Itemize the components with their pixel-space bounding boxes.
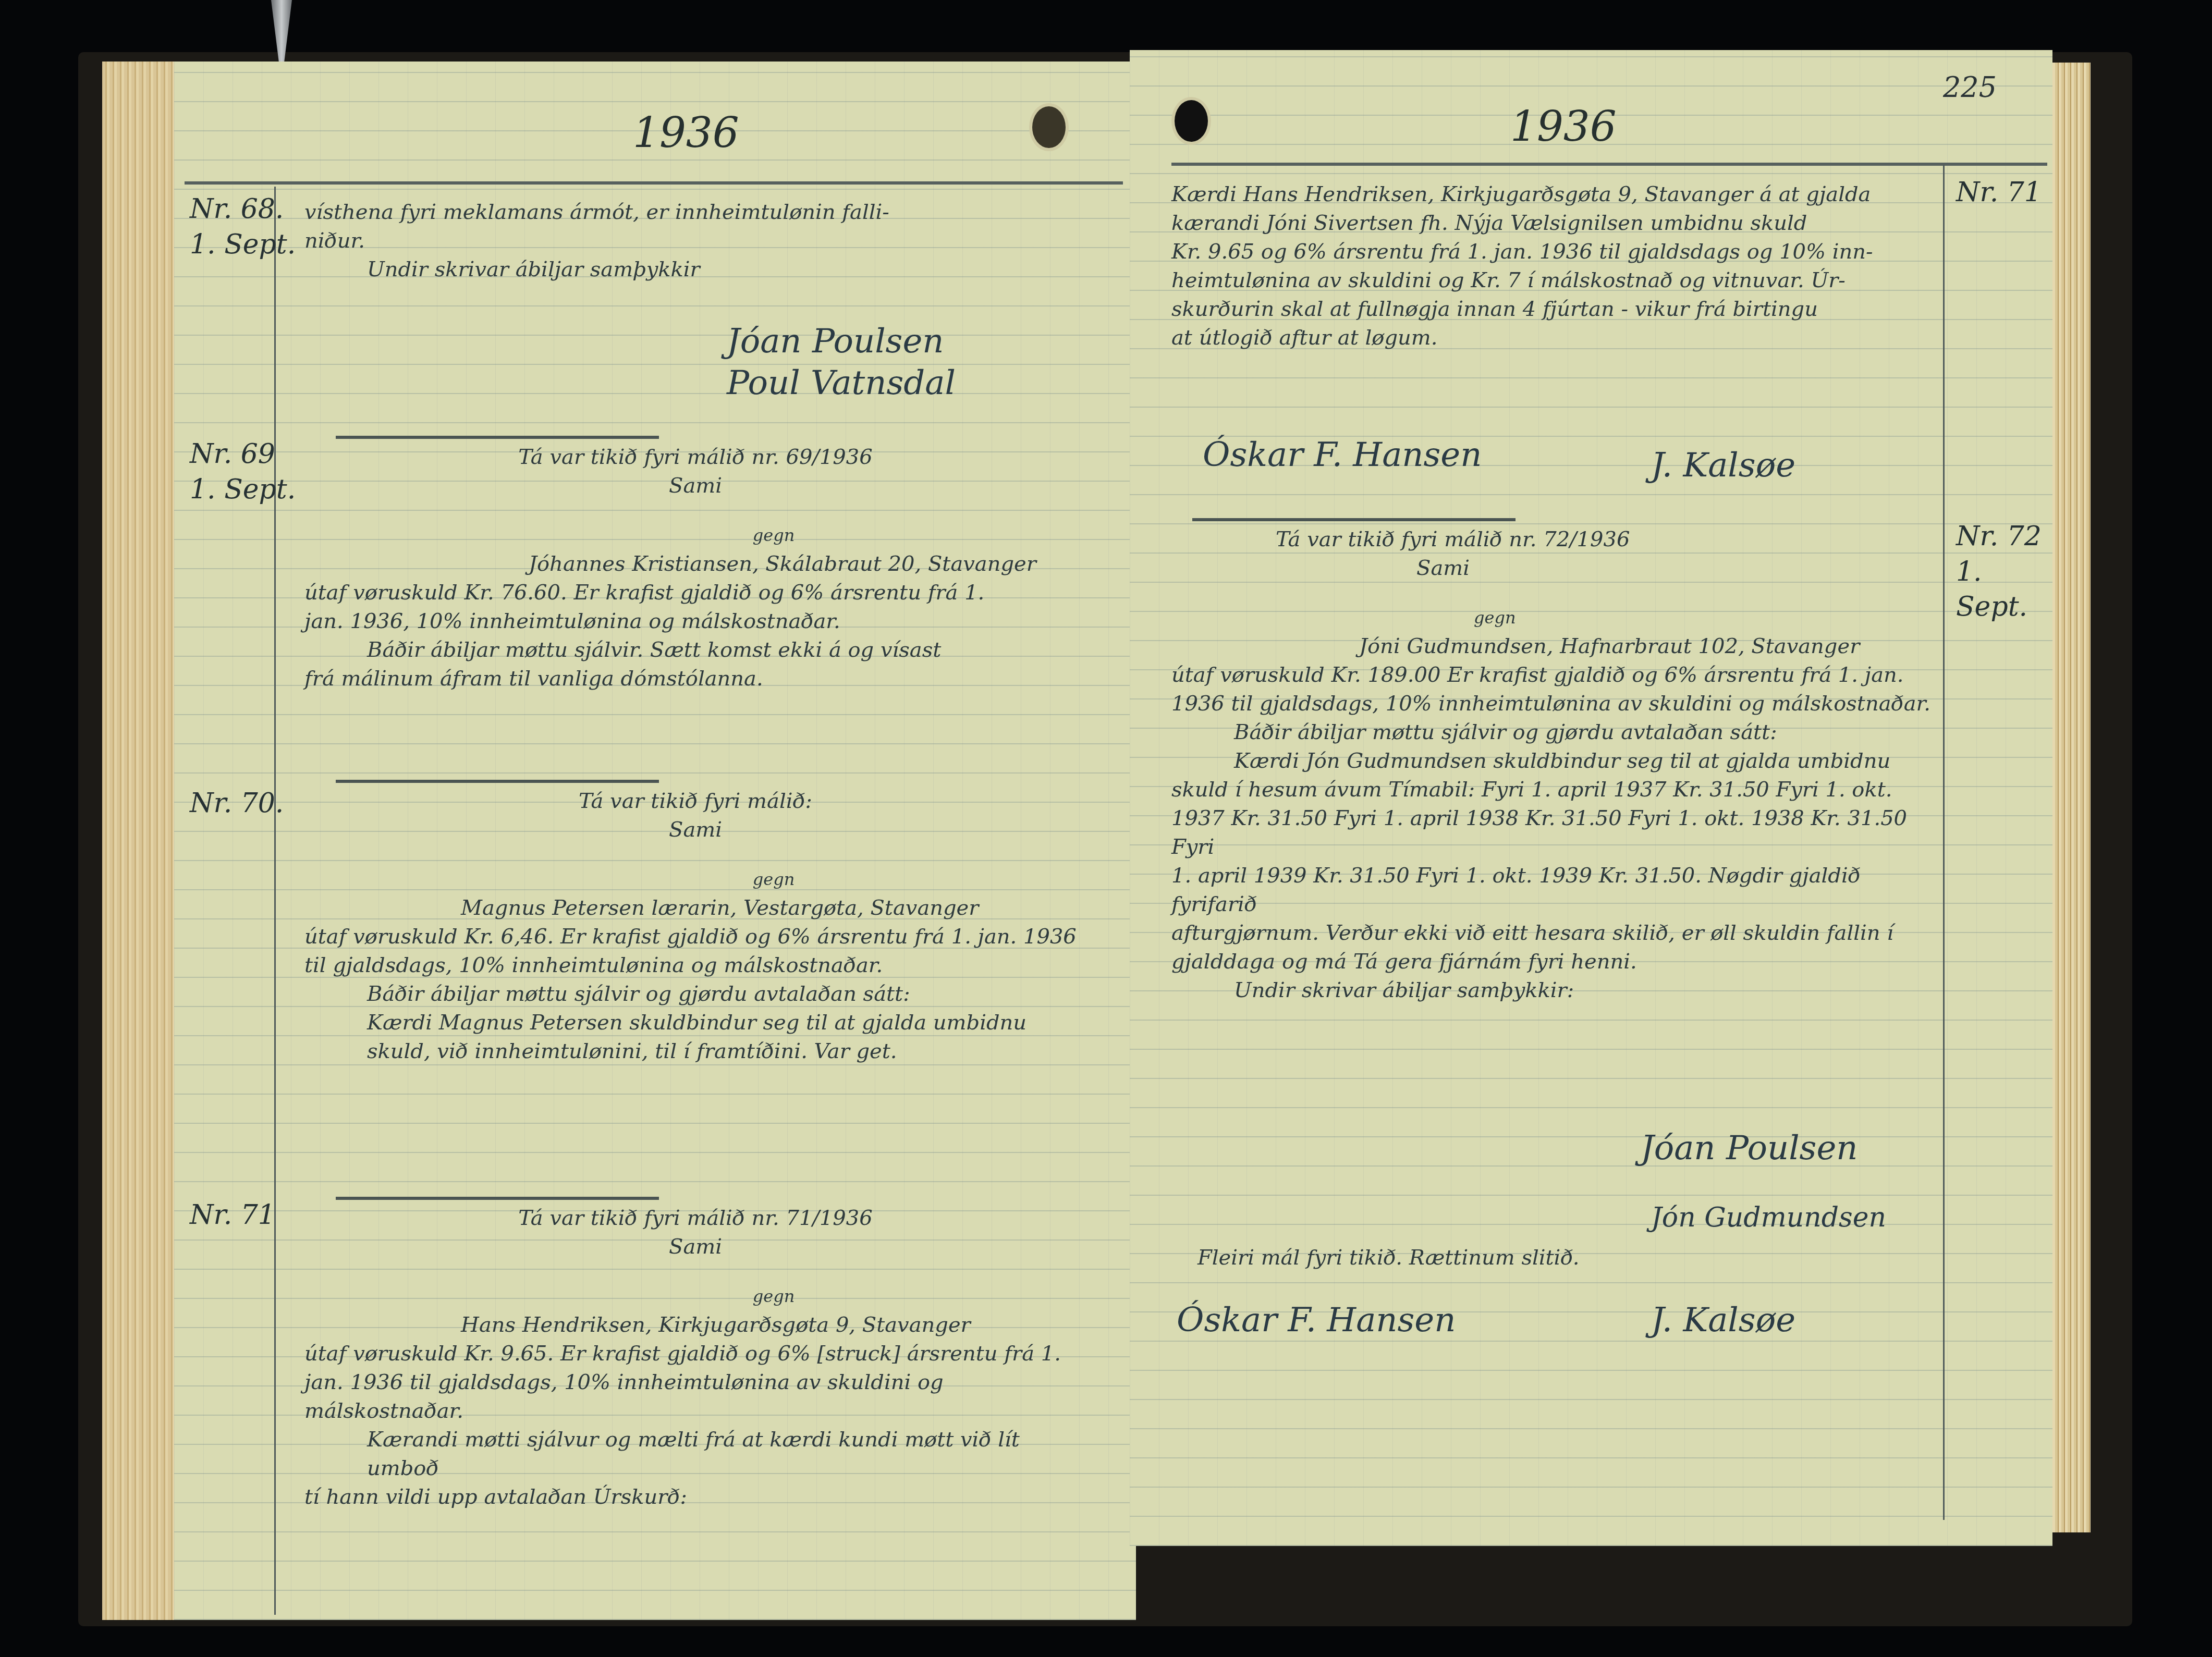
entry-71-margin: Nr. 71 xyxy=(1956,175,2042,211)
text-line: Báðir ábiljar møttu sjálvir og gjørdu av… xyxy=(304,980,1086,1009)
versus: gegn xyxy=(304,865,1086,894)
entry-number: Nr. 71 xyxy=(1956,175,2042,211)
header-rule xyxy=(185,181,1123,185)
defendant: Jóni Gudmundsen, Hafnarbraut 102, Stavan… xyxy=(1171,632,1933,661)
plaintiff: Sami xyxy=(304,816,1086,844)
signature: Óskar F. Hansen xyxy=(1177,1301,1456,1340)
page-stack-right xyxy=(2049,63,2091,1532)
left-page: 1936 Nr. 68. 1. Sept. vísthena fyri mekl… xyxy=(174,62,1136,1620)
entry-68-body: vísthena fyri meklamans ármót, er innhei… xyxy=(304,198,1086,284)
text-line: niður. xyxy=(304,227,1086,255)
entry-number: Nr. 69 xyxy=(190,437,296,472)
signature: Jóan Poulsen xyxy=(727,322,944,361)
defendant: Hans Hendriksen, Kirkjugarðsgøta 9, Stav… xyxy=(304,1311,1086,1340)
plaintiff: Sami xyxy=(304,472,1086,500)
text-line: útaf vøruskuld Kr. 76.60. Er krafist gja… xyxy=(304,579,1086,607)
entry-number: Nr. 70. xyxy=(190,786,284,821)
entry-date: 1. Sept. xyxy=(1956,555,2052,625)
text-line: at útlogið aftur at løgum. xyxy=(1171,324,1933,352)
signature: Óskar F. Hansen xyxy=(1203,436,1482,474)
text-line: útaf vøruskuld Kr. 6,46. Er krafist gjal… xyxy=(304,923,1086,951)
case-heading: Tá var tikið fyri málið nr. 69/1936 xyxy=(304,443,1086,472)
entry-71-body: Tá var tikið fyri málið nr. 71/1936 Sami… xyxy=(304,1187,1086,1512)
text-line: gjalddaga og má Tá gera fjárnám fyri hen… xyxy=(1171,948,1933,976)
separator-rule xyxy=(1192,518,1516,521)
text-line: jan. 1936, 10% innheimtulønina og málsko… xyxy=(304,607,1086,636)
entry-date: 1. Sept. xyxy=(190,472,296,508)
separator-rule xyxy=(336,1197,659,1200)
binding-hole xyxy=(1029,103,1069,151)
entry-number: Nr. 71 xyxy=(190,1198,275,1233)
text-line: Undir skrivar ábiljar samþykkir: xyxy=(1171,976,1933,1005)
text-line: 1937 Kr. 31.50 Fyri 1. april 1938 Kr. 31… xyxy=(1171,804,1933,862)
entry-number: Nr. 72 xyxy=(1956,519,2052,555)
text-line: Báðir ábiljar møttu sjálvir. Sætt komst … xyxy=(304,636,1086,665)
entry-70-margin: Nr. 70. xyxy=(190,786,284,821)
text-line: Undir skrivar ábiljar samþykkir xyxy=(304,255,1086,284)
entry-71-continued-body: Kærdi Hans Hendriksen, Kirkjugarðsgøta 9… xyxy=(1171,180,1933,352)
signature: Jón Gudmundsen xyxy=(1651,1202,1886,1233)
margin-column-rule xyxy=(1943,165,1945,1520)
closing-line: Fleiri mál fyri tikið. Rættinum slitið. xyxy=(1197,1244,1579,1272)
page-stack-left xyxy=(102,62,175,1620)
entry-70-body: Tá var tikið fyri málið: Sami gegn Magnu… xyxy=(304,770,1086,1066)
text-line: frá málinum áfram til vanliga dómstólann… xyxy=(304,665,1086,693)
entry-date: 1. Sept. xyxy=(190,227,296,263)
text-line: 1936 til gjaldsdags, 10% innheimtulønina… xyxy=(1171,690,1933,718)
signature: J. Kalsøe xyxy=(1651,446,1795,485)
text-line: skuld í hesum ávum Tímabil: Fyri 1. apri… xyxy=(1171,776,1933,804)
text-line: Kærdi Jón Gudmundsen skuldbindur seg til… xyxy=(1171,747,1933,776)
year-header: 1936 xyxy=(633,108,739,157)
text-line: til gjaldsdags, 10% innheimtulønina og m… xyxy=(304,951,1086,980)
entry-number: Nr. 68. xyxy=(190,192,296,227)
text-line: Kærdi Magnus Petersen skuldbindur seg ti… xyxy=(304,1009,1086,1037)
entry-68-margin: Nr. 68. 1. Sept. xyxy=(190,192,296,262)
text-line: Báðir ábiljar møttu sjálvir og gjørdu av… xyxy=(1171,718,1933,747)
text-line: tí hann vildi upp avtalaðan Úrskurð: xyxy=(304,1483,1086,1512)
text-line: vísthena fyri meklamans ármót, er innhei… xyxy=(304,198,1086,227)
text-line: kærandi Jóni Sivertsen fh. Nýja Vælsigni… xyxy=(1171,209,1933,238)
versus: gegn xyxy=(304,1282,1086,1311)
signature: J. Kalsøe xyxy=(1651,1301,1795,1340)
defendant: Magnus Petersen lærarin, Vestargøta, Sta… xyxy=(304,894,1086,923)
year-header: 1936 xyxy=(1510,102,1617,151)
plaintiff: Sami xyxy=(1171,554,1933,583)
entry-71-margin: Nr. 71 xyxy=(190,1198,275,1233)
text-line: skuld, við innheimtulønini, til í framtí… xyxy=(304,1037,1086,1066)
text-line: heimtulønina av skuldini og Kr. 7 í máls… xyxy=(1171,266,1933,295)
separator-rule xyxy=(336,780,659,783)
signature: Poul Vatnsdal xyxy=(727,364,956,402)
case-heading: Tá var tikið fyri málið nr. 71/1936 xyxy=(304,1204,1086,1233)
text-line: afturgjørnum. Verður ekki við eitt hesar… xyxy=(1171,919,1933,948)
signature: Jóan Poulsen xyxy=(1641,1129,1858,1168)
header-rule xyxy=(1171,163,2047,166)
versus: gegn xyxy=(304,521,1086,550)
text-line: 1. april 1939 Kr. 31.50 Fyri 1. okt. 193… xyxy=(1171,862,1933,919)
case-heading: Tá var tikið fyri málið nr. 72/1936 xyxy=(1171,525,1933,554)
text-line: útaf vøruskuld Kr. 9.65. Er krafist gjal… xyxy=(304,1340,1086,1368)
text-line: Kærdi Hans Hendriksen, Kirkjugarðsgøta 9… xyxy=(1171,180,1933,209)
right-page: 1936 225 Nr. 71 Kærdi Hans Hendriksen, K… xyxy=(1130,50,2052,1546)
entry-72-margin: Nr. 72 1. Sept. xyxy=(1956,519,2052,625)
page-number: 225 xyxy=(1943,71,1997,104)
separator-rule xyxy=(336,436,659,439)
entry-69-body: Tá var tikið fyri málið nr. 69/1936 Sami… xyxy=(304,426,1086,693)
text-line: Kr. 9.65 og 6% ársrentu frá 1. jan. 1936… xyxy=(1171,238,1933,266)
entry-69-margin: Nr. 69 1. Sept. xyxy=(190,437,296,507)
defendant: Jóhannes Kristiansen, Skálabraut 20, Sta… xyxy=(304,550,1086,579)
text-line: jan. 1936 til gjaldsdags, 10% innheimtul… xyxy=(304,1368,1086,1426)
versus: gegn xyxy=(1171,604,1933,632)
plaintiff: Sami xyxy=(304,1233,1086,1261)
text-line: skurðurin skal at fullnøgja innan 4 fjúr… xyxy=(1171,295,1933,324)
entry-72-body: Tá var tikið fyri málið nr. 72/1936 Sami… xyxy=(1171,509,1933,1005)
case-heading: Tá var tikið fyri málið: xyxy=(304,787,1086,816)
text-line: Kærandi møtti sjálvur og mælti frá at kæ… xyxy=(304,1426,1086,1483)
margin-column-rule xyxy=(274,187,276,1615)
text-line: útaf vøruskuld Kr. 189.00 Er krafist gja… xyxy=(1171,661,1933,690)
binding-hole xyxy=(1171,97,1211,145)
